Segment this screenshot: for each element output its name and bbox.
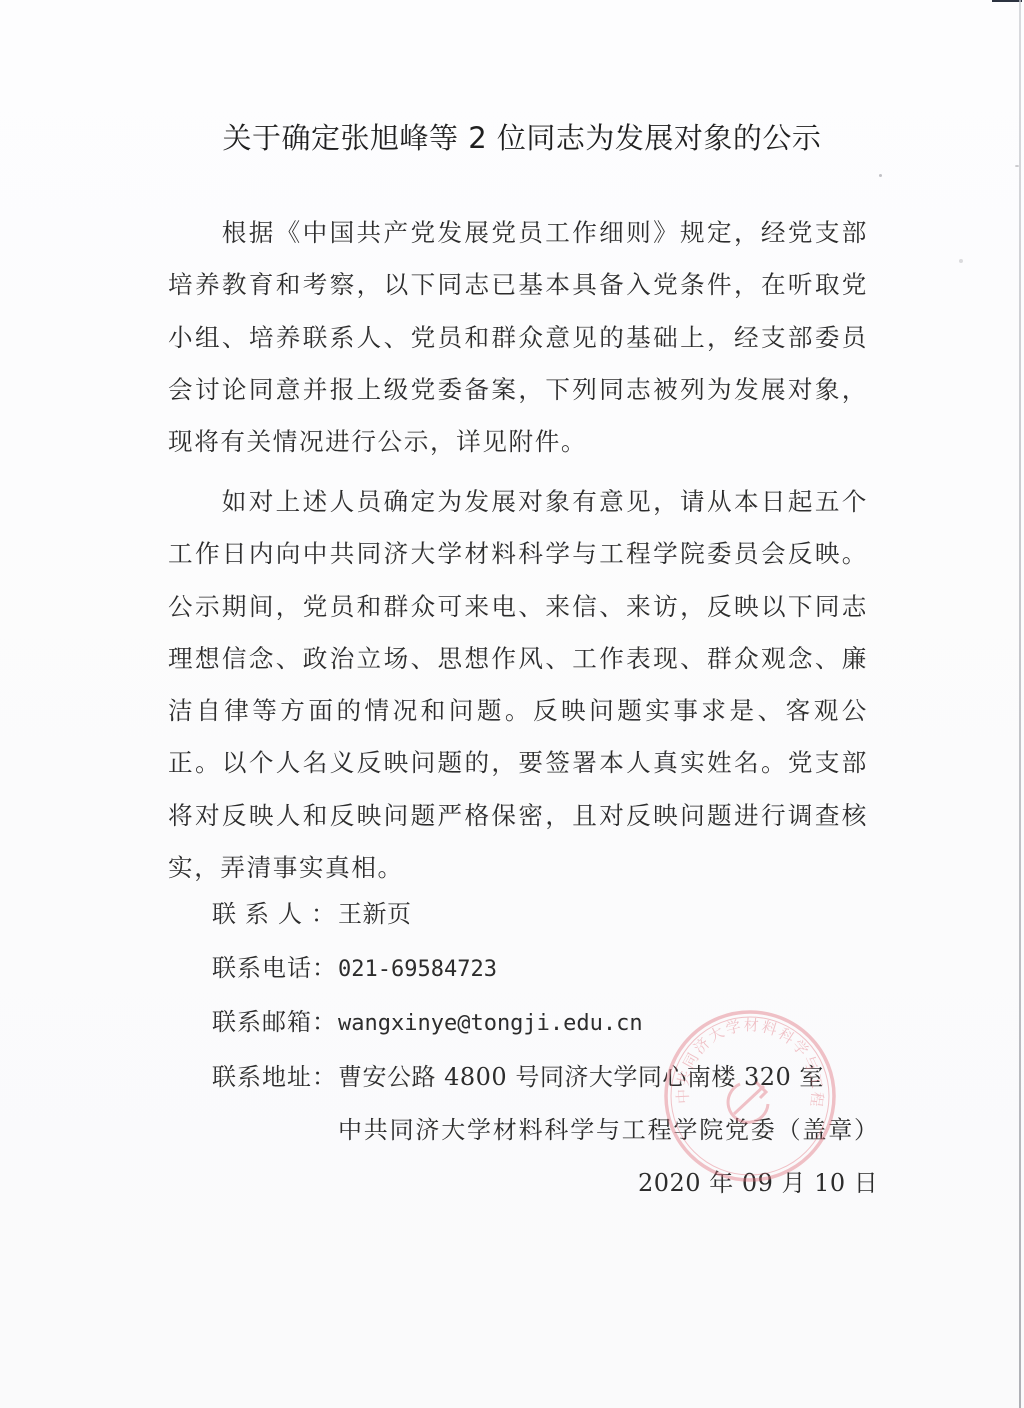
paragraph-2-text: 如对上述人员确定为发展对象有意见，请从本日起五个工作日内向中共同济大学材料科学与… xyxy=(168,487,868,882)
contact-person-value: 王新页 xyxy=(338,899,412,929)
contact-person-row: 联系人：王新页 xyxy=(212,899,412,929)
official-seal-icon: 中共同济大学材料科学与工程学院委员会 xyxy=(662,1008,838,1184)
signature-organization: 中共同济大学材料科学与工程学院党委（盖章） xyxy=(338,1115,880,1145)
contact-address-row: 联系地址：曹安公路 4800 号同济大学同心南楼 320 室 xyxy=(212,1062,824,1092)
contact-email-value: wangxinye@tongji.edu.cn xyxy=(338,1009,643,1039)
paragraph-1: 根据《中国共产党发展党员工作细则》规定，经党支部培养教育和考察，以下同志已基本具… xyxy=(168,207,868,468)
paragraph-2: 如对上述人员确定为发展对象有意见，请从本日起五个工作日内向中共同济大学材料科学与… xyxy=(168,476,868,894)
scan-speck xyxy=(1015,165,1019,167)
scan-edge-mark xyxy=(992,0,1022,2)
contact-phone-label: 联系电话： xyxy=(212,953,338,983)
paragraph-1-text: 根据《中国共产党发展党员工作细则》规定，经党支部培养教育和考察，以下同志已基本具… xyxy=(168,218,868,456)
svg-text:中共同济大学材料科学与工程学院委员会: 中共同济大学材料科学与工程学院委员会 xyxy=(662,1008,826,1110)
contact-email-row: 联系邮箱：wangxinye@tongji.edu.cn xyxy=(212,1007,643,1039)
scan-speck xyxy=(959,259,963,263)
contact-person-label: 联系人： xyxy=(212,899,338,929)
contact-address-label: 联系地址： xyxy=(212,1062,338,1092)
signature-date: 2020 年 09 月 10 日 xyxy=(638,1168,878,1198)
scan-speck xyxy=(879,174,882,177)
contact-phone-row: 联系电话：021-69584723 xyxy=(212,953,497,985)
contact-address-value: 曹安公路 4800 号同济大学同心南楼 320 室 xyxy=(338,1062,824,1092)
contact-email-label: 联系邮箱： xyxy=(212,1007,338,1037)
scanned-page: 关于确定张旭峰等 2 位同志为发展对象的公示 根据《中国共产党发展党员工作细则》… xyxy=(0,0,1024,1408)
scan-edge-border xyxy=(1019,0,1021,1408)
contact-phone-value: 021-69584723 xyxy=(338,955,497,985)
document-title: 关于确定张旭峰等 2 位同志为发展对象的公示 xyxy=(0,118,1024,158)
